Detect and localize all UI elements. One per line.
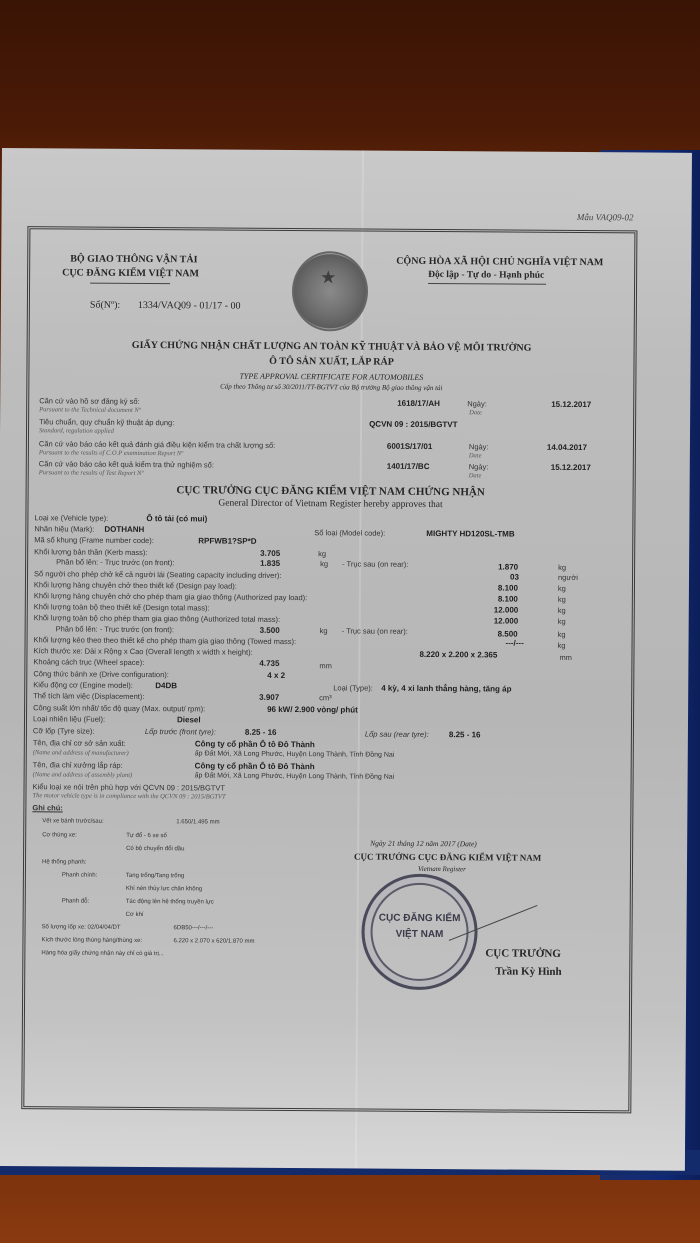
- unit: kg: [558, 641, 566, 650]
- spec-label: Cỡ lốp (Tyre size):: [33, 726, 95, 735]
- reference-date-label-en: Date: [469, 452, 482, 459]
- header-underline: [90, 283, 170, 285]
- note-label: Vết xe bánh trước/sau:: [42, 818, 103, 824]
- reference-label: Căn cứ vào báo cáo kết quả kiểm tra thử …: [39, 459, 214, 469]
- reference-label: Căn cứ vào báo cáo kết quả đánh giá điều…: [39, 439, 275, 450]
- spec-label: - Trục sau (on rear):: [342, 559, 408, 568]
- unit: kg: [558, 595, 566, 604]
- spec-value-kerb-rear: 1.870: [498, 562, 518, 571]
- unit: kg: [558, 584, 566, 593]
- note-label: Kích thước lòng thùng hàng/thùng xe:: [41, 937, 142, 944]
- spec-value-design-payload: 8.100: [498, 583, 518, 592]
- motto: Độc lập - Tự do - Hạnh phúc: [428, 270, 544, 281]
- spec-value-total-front: 3.500: [260, 626, 280, 635]
- certificate-paper: Mẫu VAQ09-02 BỘ GIAO THÔNG VẬN TẢI CỤC Đ…: [0, 148, 692, 1171]
- spec-value-model: MIGHTY HD120SL-TMB: [426, 529, 514, 539]
- unit: người: [558, 573, 578, 582]
- reference-label-en: Pursuant to the Technical document Nº: [39, 406, 141, 414]
- unit: kg: [558, 606, 566, 615]
- spec-value-kerb-front: 1.835: [260, 559, 280, 568]
- spec-value-kerb-mass: 3.705: [260, 549, 280, 558]
- certificate-number: 1334/VAQ09 - 01/17 - 00: [138, 300, 241, 312]
- spec-value-total-rear: 8.500: [498, 629, 518, 638]
- unit: mm: [319, 661, 332, 670]
- spec-value-fuel: Diesel: [177, 715, 201, 724]
- spec-label: Khối lượng bản thân (Kerb mass):: [34, 547, 147, 557]
- reference-date-label-en: Date: [469, 472, 482, 479]
- approval-heading-en: General Director of Vietnam Register her…: [28, 497, 632, 511]
- note-value: 6.220 x 2.070 x 620/1.870 mm: [173, 938, 254, 945]
- spec-label: Loại (Type):: [333, 683, 373, 692]
- note-value: Có bộ chuyển đổi dầu: [126, 846, 184, 852]
- reference-value: 1401/17/BC: [387, 462, 430, 471]
- spec-value-design-total: 12.000: [494, 605, 519, 614]
- unit: kg: [558, 630, 566, 639]
- spec-label: Loại xe (Vehicle type):: [34, 513, 108, 523]
- reference-value: QCVN 09 : 2015/BGTVT: [369, 420, 458, 430]
- assembly-plant-name: Công ty cổ phần Ô tô Đô Thành: [195, 761, 315, 771]
- reference-label-en: Standard, regulation applied: [39, 427, 114, 435]
- vehicle-specs: Loại xe (Vehicle type): Ô tô tải (có mui…: [30, 229, 634, 233]
- spec-label: Khối lượng toàn bộ cho phép tham gia gia…: [34, 613, 280, 624]
- unit: kg: [320, 626, 328, 635]
- note-value: 1.650/1.495 mm: [176, 819, 219, 825]
- assembly-plant-label-en: (Name and address of assembly plant): [33, 771, 133, 779]
- reference-label-en: Pursuant to the results of C.O.P examina…: [39, 449, 183, 457]
- spec-label: Khối lượng hàng chuyên chở theo thiết kế…: [34, 580, 237, 590]
- spec-value-wheelbase: 4.735: [259, 659, 279, 668]
- spec-label: Kiểu động cơ (Engine model):: [33, 680, 133, 690]
- seal-text: VIỆT NAM: [364, 929, 474, 941]
- agency-name: CỤC ĐĂNG KIỂM VIỆT NAM: [62, 267, 199, 279]
- spec-value-dimensions: 8.220 x 2.200 x 2.365: [419, 650, 497, 660]
- notes-list: Vết xe bánh trước/sau: 1.650/1.495 mm Cơ…: [30, 229, 634, 233]
- note-label: Số lượng lốp xe: 02/04/04/DT: [42, 924, 121, 931]
- spec-label: Lốp sau (rear tyre):: [365, 730, 429, 739]
- spec-label: Khoảng cách trục (Wheel space):: [33, 657, 144, 667]
- assembly-plant-label: Tên, địa chỉ xưởng lắp ráp:: [33, 760, 123, 770]
- reference-label-en: Pursuant to the results of Test Report N…: [39, 469, 144, 477]
- spec-value-tyre-front: 8.25 - 16: [245, 728, 277, 737]
- reference-list: Căn cứ vào hồ sơ đăng ký số: Pursuant to…: [30, 229, 634, 233]
- certificate-basis: Cấp theo Thông tư số 30/2011/TT-BGTVT củ…: [29, 381, 633, 393]
- spec-value-mark: DOTHANH: [104, 525, 144, 534]
- spec-label: Khối lượng hàng chuyên chở cho phép tham…: [34, 591, 307, 602]
- note-label: Hàng hóa giấy chứng nhận này chỉ có giá …: [41, 950, 163, 957]
- spec-value-vehicle-type: Ô tô tải (có mui): [146, 514, 207, 523]
- manufacturer-address: ấp Đất Mới, Xã Long Phước, Huyện Long Th…: [195, 750, 395, 758]
- certificate-frame: BỘ GIAO THÔNG VẬN TẢI CỤC ĐĂNG KIỂM VIỆT…: [21, 226, 637, 1113]
- compliance-statement: Kiểu loại xe nói trên phù hợp với QCVN 0…: [33, 782, 225, 792]
- signer-name: Trần Kỳ Hình: [495, 965, 562, 977]
- spec-value-engine-type: 4 kỳ, 4 xi lanh thẳng hàng, tăng áp: [381, 684, 511, 694]
- form-code: Mẫu VAQ09-02: [577, 212, 634, 222]
- spec-label: Phân bố lên: - Trục trước (on front):: [56, 557, 174, 567]
- spec-value-drive: 4 x 2: [267, 671, 285, 680]
- note-value: Tự đổ - 6 xe số: [126, 833, 167, 839]
- spec-label: Kích thước xe: Dài x Rộng x Cao (Overall…: [33, 646, 252, 657]
- manufacturer-label-en: (Name and address of manufacturer): [33, 749, 129, 757]
- manufacturer-label: Tên, địa chỉ cơ sở sản xuất:: [33, 738, 126, 748]
- certificate-subtitle: Ô TÔ SẢN XUẤT, LẮP RÁP: [29, 354, 633, 369]
- spec-value-towed: ---/---: [506, 639, 524, 648]
- reference-date-label-en: Date: [469, 409, 482, 416]
- spec-label: Khối lượng toàn bộ theo thiết kế (Design…: [34, 602, 210, 612]
- spec-label: Khối lượng kéo theo theo thiết kế cho ph…: [34, 635, 297, 646]
- spec-label: Công thức bánh xe (Drive configuration):: [33, 669, 169, 679]
- spec-label: Thể tích làm việc (Displacement):: [33, 691, 144, 701]
- spec-value-auth-total: 12.000: [494, 616, 519, 625]
- ministry-name: BỘ GIAO THÔNG VẬN TẢI: [70, 253, 197, 265]
- unit: mm: [559, 653, 572, 662]
- certificate-title: GIẤY CHỨNG NHẬN CHẤT LƯỢNG AN TOÀN KỸ TH…: [30, 339, 634, 354]
- country-name: CỘNG HÒA XÃ HỘI CHỦ NGHĨA VIỆT NAM: [396, 256, 603, 268]
- notes-heading: Ghi chú:: [32, 803, 62, 812]
- manufacturer-name: Công ty cổ phần Ô tô Đô Thành: [195, 739, 315, 749]
- seal-text: CỤC ĐĂNG KIỂM: [365, 913, 475, 925]
- note-value: Tác động lên hệ thống truyền lực: [126, 899, 214, 906]
- unit: cm³: [319, 693, 332, 702]
- spec-value-seating: 03: [510, 573, 519, 582]
- spec-value-max-output: 96 kW/ 2.900 vòng/ phút: [267, 705, 358, 715]
- spec-label: Phân bố lên: - Trục trước (on front):: [56, 624, 174, 634]
- spec-value-tyre-rear: 8.25 - 16: [449, 730, 481, 739]
- spec-label: Lốp trước (front tyre):: [145, 727, 216, 736]
- spec-value-engine: D4DB: [155, 681, 177, 690]
- spec-label: Mã số khung (Frame number code):: [34, 535, 154, 545]
- issue-date: Ngày 21 tháng 12 năm 2017 (Date): [370, 839, 477, 849]
- note-label: Phanh đỗ:: [62, 898, 89, 904]
- note-value: Tang trống/Tang trống: [126, 873, 184, 879]
- note-label: Cơ thùng xe:: [42, 832, 77, 838]
- note-label: Phanh chính:: [62, 872, 97, 878]
- compliance-statement-en: The motor vehicle type is in compliance …: [32, 792, 225, 800]
- reference-date-label: Ngày:: [467, 399, 487, 408]
- reference-date-label: Ngày:: [469, 442, 489, 451]
- spec-label: Số người cho phép chở kể cả người lái (S…: [34, 569, 281, 580]
- unit: kg: [318, 549, 326, 558]
- note-value: Cơ khí: [126, 912, 144, 918]
- reference-label: Căn cứ vào hồ sơ đăng ký số:: [39, 396, 139, 406]
- national-emblem-icon: ★: [292, 251, 369, 332]
- unit: kg: [320, 559, 328, 568]
- motto-underline: [428, 283, 546, 285]
- note-label: Hệ thống phanh:: [42, 859, 86, 865]
- reference-date: 14.04.2017: [547, 443, 587, 452]
- reference-date: 15.12.2017: [551, 463, 591, 472]
- official-seal: CỤC ĐĂNG KIỂM VIỆT NAM: [361, 874, 478, 991]
- note-value: Khí nén thủy lực chân không: [126, 886, 202, 893]
- spec-value-displacement: 3.907: [259, 693, 279, 702]
- spec-label: Số loại (Model code):: [314, 528, 385, 537]
- reference-date: 15.12.2017: [551, 400, 591, 409]
- signer-title: CỤC TRƯỞNG: [485, 947, 561, 960]
- spec-label: - Trục sau (on rear):: [342, 626, 408, 635]
- assembly-plant-address: ấp Đất Mới, Xã Long Phước, Huyện Long Th…: [195, 772, 395, 780]
- issuer-title: CỤC TRƯỞNG CỤC ĐĂNG KIỂM VIỆT NAM: [354, 851, 541, 862]
- note-value: 6DB50---/---/---: [174, 925, 214, 931]
- reference-date-label: Ngày:: [469, 462, 489, 471]
- spec-label: Loại nhiên liệu (Fuel):: [33, 714, 105, 724]
- reference-value: 6001S/17/01: [387, 442, 432, 451]
- issuer-title-en: Vietnam Register: [418, 865, 466, 873]
- certificate-number-label: Số(Nº):: [90, 300, 120, 311]
- spec-label: Nhãn hiệu (Mark):: [34, 524, 94, 533]
- unit: kg: [558, 563, 566, 572]
- spec-value-frame: RPFWB1?SP*D: [198, 536, 256, 545]
- reference-value: 1618/17/AH: [397, 399, 440, 408]
- spec-value-auth-payload: 8.100: [498, 594, 518, 603]
- unit: kg: [558, 617, 566, 626]
- reference-label: Tiêu chuẩn, quy chuẩn kỹ thuật áp dụng:: [39, 417, 174, 427]
- spec-label: Công suất lớn nhất/ tốc độ quay (Max. ou…: [33, 703, 205, 713]
